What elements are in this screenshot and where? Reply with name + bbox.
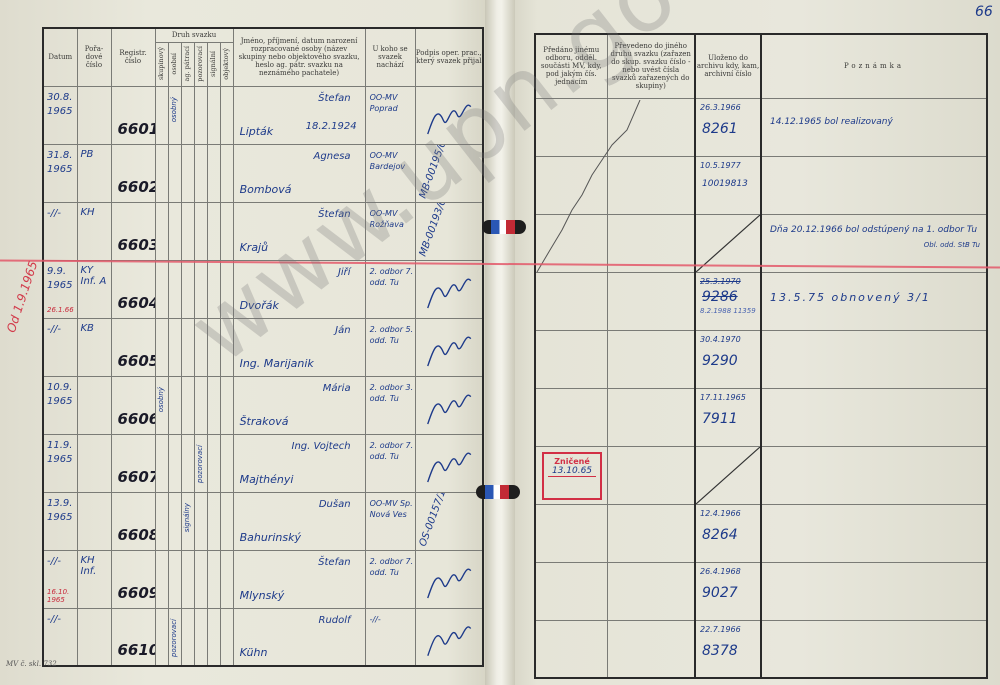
entry-date: 11.9. 1965 bbox=[47, 439, 77, 467]
cell-datum: -//- bbox=[43, 318, 77, 376]
cell-druh bbox=[207, 86, 220, 144]
cell-druh bbox=[207, 376, 220, 434]
ledger-row: -//-16.10. 1965KH Inf.6609ŠtefanMlynský2… bbox=[43, 550, 483, 608]
entry-registr: 6609 bbox=[118, 584, 156, 602]
entry-u-koho: 2. odbor 7. odd. Tu bbox=[370, 556, 414, 578]
cell-druh bbox=[194, 86, 207, 144]
cell-druh bbox=[181, 376, 194, 434]
cell-datum: 11.9. 1965 bbox=[43, 434, 77, 492]
cell-druh bbox=[155, 318, 168, 376]
cell-druh bbox=[220, 608, 233, 666]
entry-podpis-code: OS-00157/14-65 bbox=[417, 492, 455, 548]
cell-druh bbox=[168, 492, 181, 550]
header-druh-sub: ag. pátrací bbox=[181, 42, 194, 86]
cell-registr: 6608 bbox=[111, 492, 155, 550]
cell-registr: 6609 bbox=[111, 550, 155, 608]
diagonal-strike bbox=[696, 447, 760, 504]
cell-druh bbox=[168, 260, 181, 318]
cell-poznamka: 13.5.75 obnovený 3/1 bbox=[761, 272, 987, 330]
entry-date: 30.8. 1965 bbox=[47, 91, 77, 119]
header-druh-sub: signální bbox=[207, 42, 220, 86]
entry-registr: 6608 bbox=[118, 526, 156, 544]
cell-druh bbox=[220, 260, 233, 318]
cell-u-koho: -//- bbox=[365, 608, 415, 666]
header-druh-sub-label: skupinový bbox=[158, 47, 165, 80]
cell-poradove bbox=[77, 492, 111, 550]
cell-u-koho: OO-MV Poprad bbox=[365, 86, 415, 144]
cell-druh bbox=[220, 144, 233, 202]
signature-icon bbox=[416, 609, 483, 666]
entry-registr: 6601 bbox=[118, 120, 156, 138]
ledger-row: 11.9. 19656607pozorovacíIng. VojtechMajt… bbox=[43, 434, 483, 492]
entry-podpis-code: MB-00195/01-65 bbox=[417, 144, 456, 200]
cell-ulozeno bbox=[695, 214, 761, 272]
header-prevedeno: Převedeno do jiného druhu svazku (zařaze… bbox=[607, 34, 695, 98]
cell-ulozeno: 26.3.19668261 bbox=[695, 98, 761, 156]
cell-druh bbox=[220, 376, 233, 434]
cell-ulozeno: 17.11.19657911 bbox=[695, 388, 761, 446]
entry-archive-number: 9027 bbox=[702, 585, 738, 601]
paper-tear bbox=[532, 100, 642, 275]
header-predano: Předáno jinému odboru, odděl. součásti M… bbox=[535, 34, 607, 98]
cell-druh bbox=[220, 434, 233, 492]
cell-prevedeno bbox=[607, 620, 695, 678]
cell-prevedeno bbox=[607, 330, 695, 388]
cell-poznamka: Dňa 20.12.1966 bol odstúpený na 1. odbor… bbox=[761, 214, 987, 272]
cell-druh bbox=[181, 144, 194, 202]
entry-u-koho: OO-MV Rožňava bbox=[370, 208, 414, 230]
cell-druh bbox=[194, 260, 207, 318]
header-druh-sub-label: signální bbox=[210, 51, 217, 77]
cell-ulozeno: 22.7.19668378 bbox=[695, 620, 761, 678]
cell-poznamka: 14.12.1965 bol realizovaný bbox=[761, 98, 987, 156]
cell-registr: 6604 bbox=[111, 260, 155, 318]
cell-registr: 6601 bbox=[111, 86, 155, 144]
entry-surname: Bahurinský bbox=[240, 531, 301, 544]
cell-druh: osobný bbox=[168, 86, 181, 144]
entry-u-koho: 2. odbor 5. odd. Tu bbox=[370, 324, 414, 346]
cell-podpis bbox=[415, 434, 483, 492]
cell-jmeno: Ing. VojtechMajthényi bbox=[233, 434, 365, 492]
entry-first-name: Ján bbox=[335, 325, 350, 336]
cell-registr: 6607 bbox=[111, 434, 155, 492]
cell-registr: 6606 bbox=[111, 376, 155, 434]
header-druh-sub-label: pozorovací bbox=[197, 46, 204, 82]
entry-druh: osobný bbox=[171, 97, 178, 122]
signature-icon bbox=[416, 377, 483, 434]
cell-poradove: PB bbox=[77, 144, 111, 202]
header-druh-sub: objektový bbox=[220, 42, 233, 86]
header-podpis: Podpis oper. prac., který svazek přijal bbox=[415, 28, 483, 86]
entry-poznamka-extra: Obl. odd. StB Tu bbox=[924, 241, 980, 249]
entry-archive-date: 17.11.1965 bbox=[700, 393, 746, 402]
diagonal-strike bbox=[696, 215, 760, 272]
cell-poradove bbox=[77, 376, 111, 434]
cell-druh bbox=[168, 434, 181, 492]
entry-surname: Dvořák bbox=[240, 299, 279, 312]
header-druh-sub: osobní bbox=[168, 42, 181, 86]
cell-druh bbox=[207, 550, 220, 608]
cell-poznamka bbox=[761, 620, 987, 678]
cell-druh bbox=[155, 260, 168, 318]
signature-icon bbox=[416, 87, 483, 144]
cell-jmeno: ŠtefanMlynský bbox=[233, 550, 365, 608]
cell-poradove: KB bbox=[77, 318, 111, 376]
entry-date: 13.9. 1965 bbox=[47, 497, 77, 525]
entry-archive-date: 22.7.1966 bbox=[700, 625, 741, 634]
cell-druh bbox=[155, 608, 168, 666]
ledger-row: -//-KB6605JánIng. Marijanik2. odbor 5. o… bbox=[43, 318, 483, 376]
cell-ulozeno: 30.4.19709290 bbox=[695, 330, 761, 388]
cell-predano bbox=[535, 388, 607, 446]
entry-first-name: Jiří bbox=[338, 267, 351, 278]
cell-druh bbox=[181, 86, 194, 144]
entry-archive-number: 8378 bbox=[702, 643, 738, 659]
cell-jmeno: ŠtefanLipták18.2.1924 bbox=[233, 86, 365, 144]
entry-u-koho: 2. odbor 3. odd. Tu bbox=[370, 382, 414, 404]
cell-predano bbox=[535, 330, 607, 388]
header-ulozeno: Uloženo do archivu kdy, kam, archivní čí… bbox=[695, 34, 761, 98]
cell-jmeno: JánIng. Marijanik bbox=[233, 318, 365, 376]
header-jmeno: Jméno, příjmení, datum narození rozpraco… bbox=[233, 28, 365, 86]
cell-druh bbox=[194, 376, 207, 434]
cell-u-koho: 2. odbor 3. odd. Tu bbox=[365, 376, 415, 434]
entry-archive-date: 26.3.1966 bbox=[700, 103, 741, 112]
cell-druh bbox=[220, 202, 233, 260]
cell-druh bbox=[181, 434, 194, 492]
cell-poradove bbox=[77, 86, 111, 144]
signature-icon bbox=[416, 261, 483, 318]
cell-predano bbox=[535, 272, 607, 330]
entry-registr: 6606 bbox=[118, 410, 156, 428]
header-druh-sub-label: osobní bbox=[171, 53, 178, 75]
header-druh-sub: pozorovací bbox=[194, 42, 207, 86]
cell-druh bbox=[168, 144, 181, 202]
entry-archive-number: 8261 bbox=[702, 121, 738, 137]
entry-poradove: KH bbox=[81, 207, 109, 218]
ledger-row: 12.4.19668264 bbox=[535, 504, 987, 562]
entry-first-name: Štefan bbox=[318, 93, 350, 104]
ledger-row: 17.11.19657911 bbox=[535, 388, 987, 446]
book-gutter bbox=[485, 0, 515, 685]
cell-druh bbox=[168, 318, 181, 376]
stamp-title: Zničené bbox=[544, 457, 600, 466]
cell-predano bbox=[535, 562, 607, 620]
cell-ulozeno bbox=[695, 446, 761, 504]
cell-ulozeno: 12.4.19668264 bbox=[695, 504, 761, 562]
cell-datum: -//-16.10. 1965 bbox=[43, 550, 77, 608]
signature-icon bbox=[416, 319, 483, 376]
cell-u-koho: OO-MV Bardejov bbox=[365, 144, 415, 202]
entry-first-name: Dušan bbox=[319, 499, 351, 510]
entry-archive-date: 12.4.1966 bbox=[700, 509, 741, 518]
stamp-date: 13.10.65 bbox=[548, 466, 596, 477]
ledger-row: 26.4.19689027 bbox=[535, 562, 987, 620]
entry-surname: Mlynský bbox=[240, 589, 285, 602]
entry-registr: 6607 bbox=[118, 468, 156, 486]
cell-prevedeno bbox=[607, 562, 695, 620]
cell-predano bbox=[535, 620, 607, 678]
cell-druh bbox=[207, 434, 220, 492]
entry-date: -//- bbox=[47, 555, 77, 569]
cell-druh bbox=[220, 550, 233, 608]
entry-druh: pozorovací bbox=[197, 445, 204, 483]
cell-jmeno: RudolfKühn bbox=[233, 608, 365, 666]
header-druh-svazku: Druh svazku bbox=[155, 28, 233, 42]
destroyed-stamp: Zničené 13.10.65 bbox=[542, 452, 602, 500]
cell-druh bbox=[194, 492, 207, 550]
entry-surname: Lipták bbox=[240, 125, 274, 138]
cell-ulozeno: 26.4.19689027 bbox=[695, 562, 761, 620]
cell-prevedeno bbox=[607, 388, 695, 446]
cell-druh bbox=[194, 550, 207, 608]
cell-druh bbox=[181, 608, 194, 666]
cell-poznamka bbox=[761, 446, 987, 504]
entry-u-koho: OO-MV Sp. Nová Ves bbox=[370, 498, 414, 520]
cell-druh bbox=[181, 260, 194, 318]
entry-surname: Bombová bbox=[240, 183, 292, 196]
entry-u-koho: OO-MV Poprad bbox=[370, 92, 414, 114]
header-druh-sub-label: objektový bbox=[223, 48, 230, 80]
cell-druh bbox=[168, 550, 181, 608]
cell-podpis: OS-00157/14-65 bbox=[415, 492, 483, 550]
cell-druh bbox=[207, 608, 220, 666]
cell-druh bbox=[155, 86, 168, 144]
entry-archive-number: 9286 bbox=[702, 289, 738, 305]
entry-archive-date: 26.4.1968 bbox=[700, 567, 741, 576]
cell-jmeno: MáriaŠtraková bbox=[233, 376, 365, 434]
entry-first-name: Rudolf bbox=[319, 615, 351, 626]
entry-date: 9.9. 1965 bbox=[47, 265, 77, 293]
cell-druh: signálny bbox=[181, 492, 194, 550]
cell-druh: pozorovací bbox=[168, 608, 181, 666]
entry-archive-date: 30.4.1970 bbox=[700, 335, 741, 344]
entry-archive-number: 7911 bbox=[702, 411, 738, 427]
cell-druh bbox=[194, 608, 207, 666]
cell-druh bbox=[207, 202, 220, 260]
cell-jmeno: JiříDvořák bbox=[233, 260, 365, 318]
cell-poznamka bbox=[761, 330, 987, 388]
header-datum: Datum bbox=[43, 28, 77, 86]
entry-archive-extra: 8.2.1988 11359 bbox=[700, 307, 758, 315]
entry-druh: pozorovací bbox=[171, 619, 178, 657]
cell-datum: 13.9. 1965 bbox=[43, 492, 77, 550]
ledger-row: -//-KH6603ŠtefanKrajůOO-MV RožňavaMB-001… bbox=[43, 202, 483, 260]
binding-thread-bottom bbox=[476, 485, 520, 499]
cell-jmeno: AgnesaBombová bbox=[233, 144, 365, 202]
entry-poradove: KH Inf. bbox=[81, 555, 109, 577]
cell-u-koho: 2. odbor 5. odd. Tu bbox=[365, 318, 415, 376]
cell-jmeno: ŠtefanKrajů bbox=[233, 202, 365, 260]
entry-registr: 6602 bbox=[118, 178, 156, 196]
cell-prevedeno bbox=[607, 504, 695, 562]
entry-poradove: KB bbox=[81, 323, 109, 334]
cell-poznamka bbox=[761, 156, 987, 214]
cell-druh bbox=[194, 318, 207, 376]
entry-u-koho: 2. odbor 7. odd. Tu bbox=[370, 440, 414, 462]
cell-u-koho: 2. odbor 7. odd. Tu bbox=[365, 550, 415, 608]
cell-datum: -//- bbox=[43, 202, 77, 260]
header-registr-cislo: Registr. číslo bbox=[111, 28, 155, 86]
entry-first-name: Agnesa bbox=[314, 151, 351, 162]
cell-u-koho: OO-MV Sp. Nová Ves bbox=[365, 492, 415, 550]
cell-poradove: KH Inf. bbox=[77, 550, 111, 608]
cell-u-koho: 2. odbor 7. odd. Tu bbox=[365, 434, 415, 492]
cell-ulozeno: 25.3.197092868.2.1988 11359 bbox=[695, 272, 761, 330]
ledger-row: 22.7.19668378 bbox=[535, 620, 987, 678]
entry-registr: 6610 bbox=[118, 641, 156, 659]
cell-registr: 6605 bbox=[111, 318, 155, 376]
page-number: 66 bbox=[975, 4, 993, 20]
cell-druh bbox=[155, 550, 168, 608]
cell-druh bbox=[168, 202, 181, 260]
entry-u-koho: 2. odbor 7. odd. Tu bbox=[370, 266, 414, 288]
cell-druh: osobný bbox=[155, 376, 168, 434]
entry-surname: Krajů bbox=[240, 241, 269, 254]
entry-poznamka: 14.12.1965 bol realizovaný bbox=[770, 117, 893, 127]
cell-ulozeno: 10.5.197710019813 bbox=[695, 156, 761, 214]
signature-icon bbox=[416, 435, 483, 492]
entry-surname: Kühn bbox=[240, 646, 268, 659]
cell-podpis: MB-00195/01-65 bbox=[415, 144, 483, 202]
cell-druh bbox=[155, 492, 168, 550]
entry-u-koho: -//- bbox=[370, 614, 414, 625]
signature-icon bbox=[416, 551, 483, 608]
cell-druh bbox=[207, 492, 220, 550]
entry-podpis-code: MB-00193/01-65 bbox=[417, 202, 456, 258]
cell-datum: 9.9. 196526.1.66 bbox=[43, 260, 77, 318]
cell-poznamka bbox=[761, 562, 987, 620]
entry-poznamka: 13.5.75 obnovený 3/1 bbox=[770, 291, 931, 304]
entry-date: -//- bbox=[47, 323, 77, 337]
entry-archive-number: 10019813 bbox=[702, 179, 748, 189]
entry-archive-date: 10.5.1977 bbox=[700, 161, 741, 170]
cell-druh bbox=[220, 86, 233, 144]
cell-podpis bbox=[415, 86, 483, 144]
cell-druh bbox=[168, 376, 181, 434]
cell-registr: 6602 bbox=[111, 144, 155, 202]
entry-poradove: PB bbox=[81, 149, 109, 160]
cell-druh bbox=[220, 492, 233, 550]
cell-u-koho: OO-MV Rožňava bbox=[365, 202, 415, 260]
cell-druh bbox=[155, 144, 168, 202]
cell-druh: pozorovací bbox=[194, 434, 207, 492]
cell-poznamka bbox=[761, 388, 987, 446]
cell-druh bbox=[155, 202, 168, 260]
cell-prevedeno bbox=[607, 446, 695, 504]
cell-poradove: KH bbox=[77, 202, 111, 260]
entry-poradove: KY Inf. A bbox=[81, 265, 109, 287]
cell-poznamka bbox=[761, 504, 987, 562]
ledger-row: 10.9. 19656606osobnýMáriaŠtraková2. odbo… bbox=[43, 376, 483, 434]
cell-datum: -//- bbox=[43, 608, 77, 666]
entry-date-extra: 16.10. 1965 bbox=[47, 588, 77, 604]
ledger-row: 25.3.197092868.2.1988 1135913.5.75 obnov… bbox=[535, 272, 987, 330]
cell-datum: 10.9. 1965 bbox=[43, 376, 77, 434]
left-ledger-table: Datum Pořa-dové číslo Registr. číslo Dru… bbox=[42, 27, 484, 667]
ledger-row: 30.8. 19656601osobnýŠtefanLipták18.2.192… bbox=[43, 86, 483, 144]
entry-surname: Majthényi bbox=[240, 473, 294, 486]
cell-poradove bbox=[77, 608, 111, 666]
header-poradove-cislo: Pořa-dové číslo bbox=[77, 28, 111, 86]
ledger-row: 13.9. 19656608signálnyDušanBahurinskýOO-… bbox=[43, 492, 483, 550]
cell-poradove: KY Inf. A bbox=[77, 260, 111, 318]
entry-druh: osobný bbox=[158, 387, 165, 412]
header-druh-sub-label: ag. pátrací bbox=[184, 46, 191, 82]
cell-datum: 31.8. 1965 bbox=[43, 144, 77, 202]
cell-druh bbox=[194, 144, 207, 202]
entry-druh: signálny bbox=[184, 503, 191, 532]
binding-thread-top bbox=[482, 220, 526, 234]
ledger-row: 30.4.19709290 bbox=[535, 330, 987, 388]
header-u-koho: U koho se svazek nachází bbox=[365, 28, 415, 86]
cell-registr: 6603 bbox=[111, 202, 155, 260]
entry-surname: Štraková bbox=[240, 415, 289, 428]
entry-first-name: Štefan bbox=[318, 209, 350, 220]
entry-date: -//- bbox=[47, 207, 77, 221]
cell-podpis bbox=[415, 376, 483, 434]
entry-archive-number: 8264 bbox=[702, 527, 738, 543]
cell-druh bbox=[220, 318, 233, 376]
entry-date: 31.8. 1965 bbox=[47, 149, 77, 177]
ledger-row: 31.8. 1965PB6602AgnesaBombováOO-MV Barde… bbox=[43, 144, 483, 202]
entry-date: -//- bbox=[47, 613, 77, 627]
cell-u-koho: 2. odbor 7. odd. Tu bbox=[365, 260, 415, 318]
entry-date-extra: 26.1.66 bbox=[47, 306, 77, 314]
cell-podpis bbox=[415, 318, 483, 376]
cell-predano bbox=[535, 504, 607, 562]
entry-registr: 6603 bbox=[118, 236, 156, 254]
entry-first-name: Štefan bbox=[318, 557, 350, 568]
cell-podpis bbox=[415, 260, 483, 318]
entry-u-koho: OO-MV Bardejov bbox=[370, 150, 414, 172]
cell-podpis: MB-00193/01-65 bbox=[415, 202, 483, 260]
cell-druh bbox=[181, 550, 194, 608]
cell-druh bbox=[207, 260, 220, 318]
cell-podpis bbox=[415, 608, 483, 666]
ledger-row: 9.9. 196526.1.66KY Inf. A6604JiříDvořák2… bbox=[43, 260, 483, 318]
cell-jmeno: DušanBahurinský bbox=[233, 492, 365, 550]
entry-birth-date: 18.2.1924 bbox=[306, 121, 357, 132]
cell-podpis bbox=[415, 550, 483, 608]
ledger-row bbox=[535, 446, 987, 504]
form-code: MV č. skl. 732 bbox=[6, 660, 57, 668]
cell-poradove bbox=[77, 434, 111, 492]
entry-registr: 6604 bbox=[118, 294, 156, 312]
cell-datum: 30.8. 1965 bbox=[43, 86, 77, 144]
entry-surname: Ing. Marijanik bbox=[240, 357, 314, 370]
cell-druh bbox=[207, 318, 220, 376]
entry-archive-number: 9290 bbox=[702, 353, 738, 369]
entry-poznamka: Dňa 20.12.1966 bol odstúpený na 1. odbor… bbox=[770, 225, 977, 235]
cell-druh bbox=[194, 202, 207, 260]
entry-date: 10.9. 1965 bbox=[47, 381, 77, 409]
cell-druh bbox=[181, 318, 194, 376]
entry-first-name: Ing. Vojtech bbox=[292, 441, 351, 452]
entry-first-name: Mária bbox=[323, 383, 351, 394]
header-druh-sub: skupinový bbox=[155, 42, 168, 86]
cell-druh bbox=[155, 434, 168, 492]
cell-druh bbox=[207, 144, 220, 202]
cell-druh bbox=[181, 202, 194, 260]
entry-registr: 6605 bbox=[118, 352, 156, 370]
cell-registr: 6610 bbox=[111, 608, 155, 666]
header-poznamka: Poznámka bbox=[761, 34, 987, 98]
cell-prevedeno bbox=[607, 272, 695, 330]
ledger-row: -//-6610pozorovacíRudolfKühn-//- bbox=[43, 608, 483, 666]
entry-archive-date: 25.3.1970 bbox=[700, 277, 741, 286]
